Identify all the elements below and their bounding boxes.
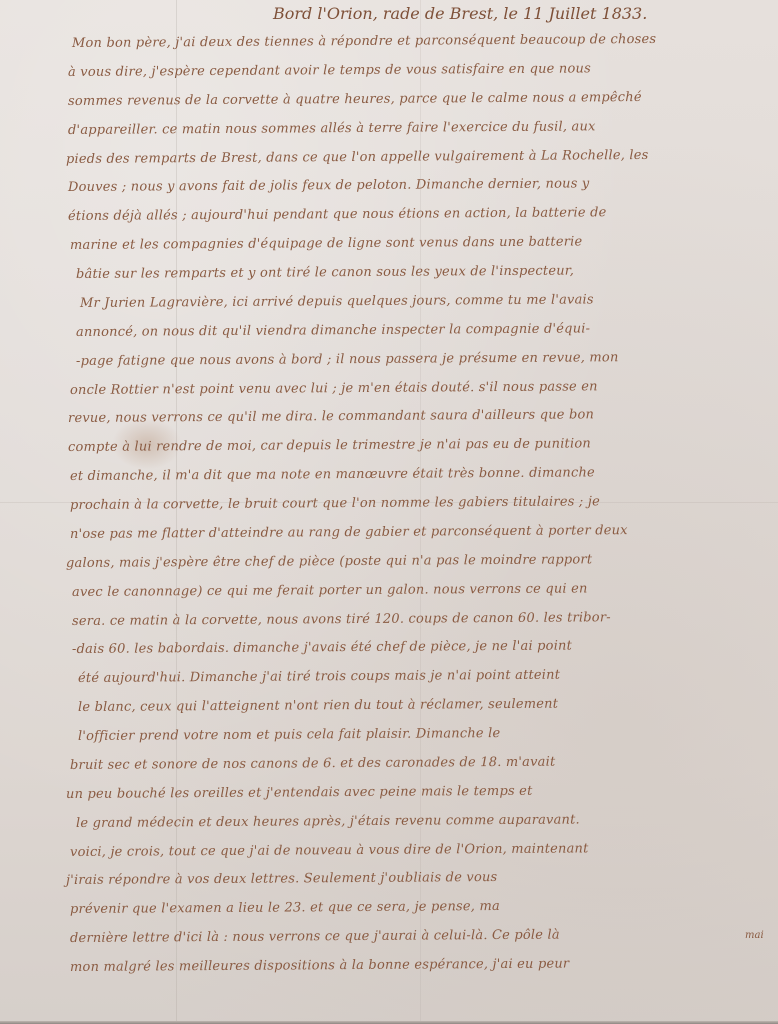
- letter-line: j'irais répondre à vos deux lettres. Seu…: [66, 870, 498, 888]
- letter-line: annoncé, on nous dit qu'il viendra diman…: [76, 321, 590, 340]
- letter-line: avec le canonnage) ce qui me ferait port…: [72, 581, 588, 600]
- letter-line: -page fatigne que nous avons à bord ; il…: [76, 350, 619, 369]
- letter-line: -dais 60. les babordais. dimanche j'avai…: [72, 639, 572, 657]
- margin-note: mai: [745, 930, 764, 941]
- letter-line: prévenir que l'examen a lieu le 23. et q…: [70, 899, 500, 917]
- letter-line: n'ose pas me flatter d'atteindre au rang…: [70, 523, 628, 542]
- letter-line: le blanc, ceux qui l'atteignent n'ont ri…: [78, 697, 558, 715]
- letter-line: Douves ; nous y avons fait de jolis feux…: [68, 177, 590, 196]
- letter-line: compte à lui rendre de moi, car depuis l…: [68, 437, 591, 456]
- letter-line: le grand médecin et deux heures après, j…: [76, 812, 580, 831]
- letter-line: prochain à la corvette, le bruit court q…: [70, 494, 600, 513]
- letter-heading: Bord l'Orion, rade de Brest, le 11 Juill…: [273, 4, 647, 23]
- letter-line: mon malgré les meilleures dispositions à…: [70, 957, 569, 975]
- letter-line: bâtie sur les remparts et y ont tiré le …: [76, 264, 574, 282]
- letter-line: d'appareiller. ce matin nous sommes allé…: [68, 119, 596, 138]
- letter-line: l'officier prend votre nom et puis cela …: [78, 726, 501, 744]
- letter-line: étions déjà allés ; aujourd'hui pendant …: [68, 205, 607, 224]
- letter-line: revue, nous verrons ce qu'il me dira. le…: [68, 408, 594, 427]
- letter-line: pieds des remparts de Brest, dans ce que…: [66, 147, 649, 166]
- letter-body: Bord l'Orion, rade de Brest, le 11 Juill…: [0, 0, 778, 1024]
- letter-line: oncle Rottier n'est point venu avec lui …: [70, 379, 598, 398]
- letter-line: dernière lettre d'ici là : nous verrons …: [70, 928, 560, 946]
- letter-line: galons, mais j'espère être chef de pièce…: [66, 552, 592, 571]
- letter-line: bruit sec et sonore de nos canons de 6. …: [70, 754, 555, 772]
- letter-page: Bord l'Orion, rade de Brest, le 11 Juill…: [0, 0, 778, 1024]
- letter-line: un peu bouché les oreilles et j'entendai…: [66, 783, 533, 801]
- letter-line: à vous dire, j'espère cependant avoir le…: [68, 61, 591, 80]
- letter-line: voici, je crois, tout ce que j'ai de nou…: [70, 841, 589, 860]
- letter-line: marine et les compagnies d'équipage de l…: [70, 235, 582, 254]
- letter-line: sera. ce matin à la corvette, nous avons…: [72, 610, 611, 629]
- letter-line: sommes revenus de la corvette à quatre h…: [68, 90, 642, 109]
- letter-line: Mr Jurien Lagravière, ici arrivé depuis …: [80, 292, 594, 311]
- letter-line: été aujourd'hui. Dimanche j'ai tiré troi…: [78, 668, 560, 686]
- letter-line: Mon bon père, j'ai deux des tiennes à ré…: [72, 32, 656, 51]
- letter-line: et dimanche, il m'a dit que ma note en m…: [70, 465, 595, 484]
